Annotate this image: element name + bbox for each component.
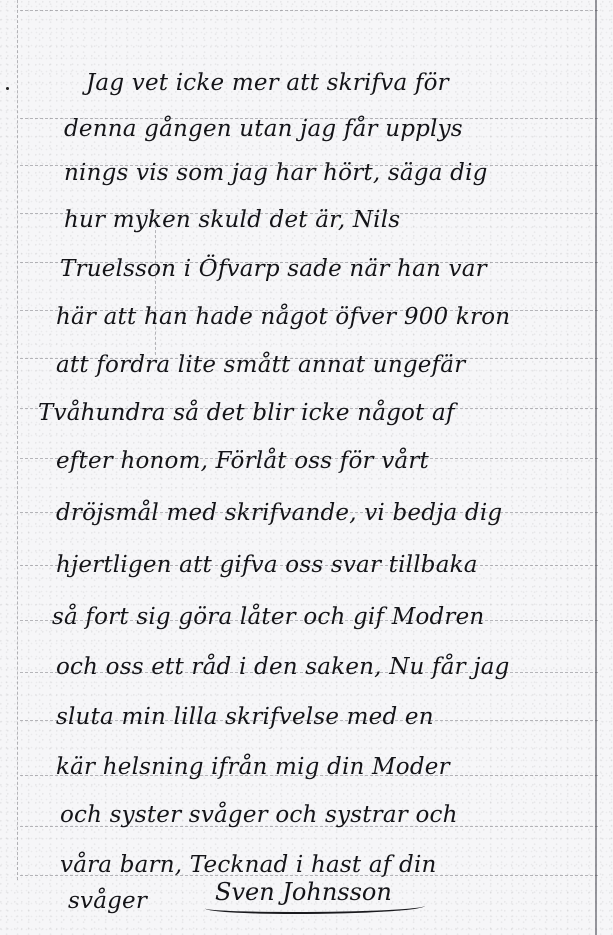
letter-line-14: sluta min lilla skrifvelse med en — [56, 704, 434, 730]
letter-line-15: kär helsning ifrån mig din Moder — [56, 754, 450, 780]
letter-page: Jag vet icke mer att skrifva för denna g… — [0, 0, 613, 935]
letter-line-2: denna gången utan jag får upplys — [64, 116, 463, 142]
letter-closing: svåger — [68, 888, 147, 914]
letter-line-10: dröjsmål med skrifvande, vi bedja dig — [56, 500, 502, 526]
letter-line-9: efter honom, Förlåt oss för vårt — [56, 448, 429, 474]
letter-line-13: och oss ett råd i den saken, Nu får jag — [56, 654, 510, 680]
letter-line-12: så fort sig göra låter och gif Modren — [52, 604, 484, 630]
right-page-edge — [595, 0, 597, 935]
letter-line-8: Tvåhundra så det blir icke något af — [38, 400, 455, 426]
ink-dot — [6, 87, 9, 90]
letter-line-16: och syster svåger och systrar och — [60, 802, 458, 828]
fold-line — [155, 225, 156, 355]
letter-line-1: Jag vet icke mer att skrifva för — [86, 70, 449, 96]
letter-line-3: nings vis som jag har hört, säga dig — [64, 160, 488, 186]
ruled-line — [20, 10, 598, 11]
letter-line-5: Truelsson i Öfvarp sade när han var — [60, 256, 487, 282]
letter-line-11: hjertligen att gifva oss svar tillbaka — [56, 552, 478, 578]
left-margin-line — [17, 0, 18, 880]
letter-line-17: våra barn, Tecknad i hast af din — [60, 852, 437, 878]
letter-line-6: här att han hade något öfver 900 kron — [56, 304, 510, 330]
letter-line-7: att fordra lite smått annat ungefär — [56, 352, 465, 378]
letter-line-4: hur myken skuld det är, Nils — [64, 207, 400, 233]
